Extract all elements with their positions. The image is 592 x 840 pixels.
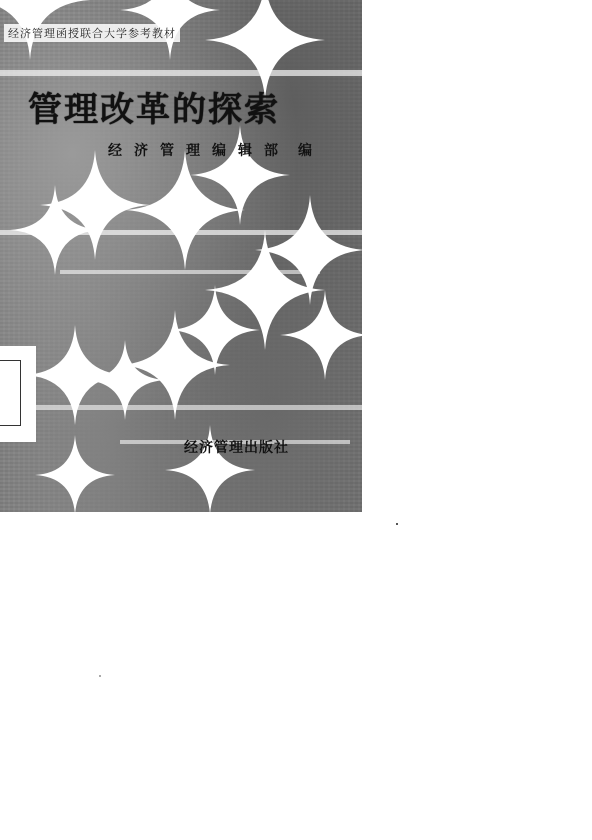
book-title: 管理改革的探索 bbox=[28, 82, 280, 131]
series-label: 经济管理函授联合大学参考教材 bbox=[4, 24, 180, 42]
scan-speck bbox=[396, 523, 398, 525]
editor-line: 经济管理编辑部编 bbox=[108, 140, 324, 160]
publisher-name: 经济管理出版社 bbox=[184, 437, 289, 457]
library-label-box bbox=[0, 346, 36, 442]
editor-suffix: 编 bbox=[298, 143, 324, 159]
star-pattern-decoration bbox=[0, 0, 362, 512]
editor-name: 经济管理编辑部 bbox=[108, 143, 290, 159]
scan-speck bbox=[99, 675, 101, 677]
label-frame bbox=[0, 360, 21, 426]
book-cover: 经济管理函授联合大学参考教材 管理改革的探索 经济管理编辑部编 经济管理出版社 bbox=[0, 0, 362, 512]
